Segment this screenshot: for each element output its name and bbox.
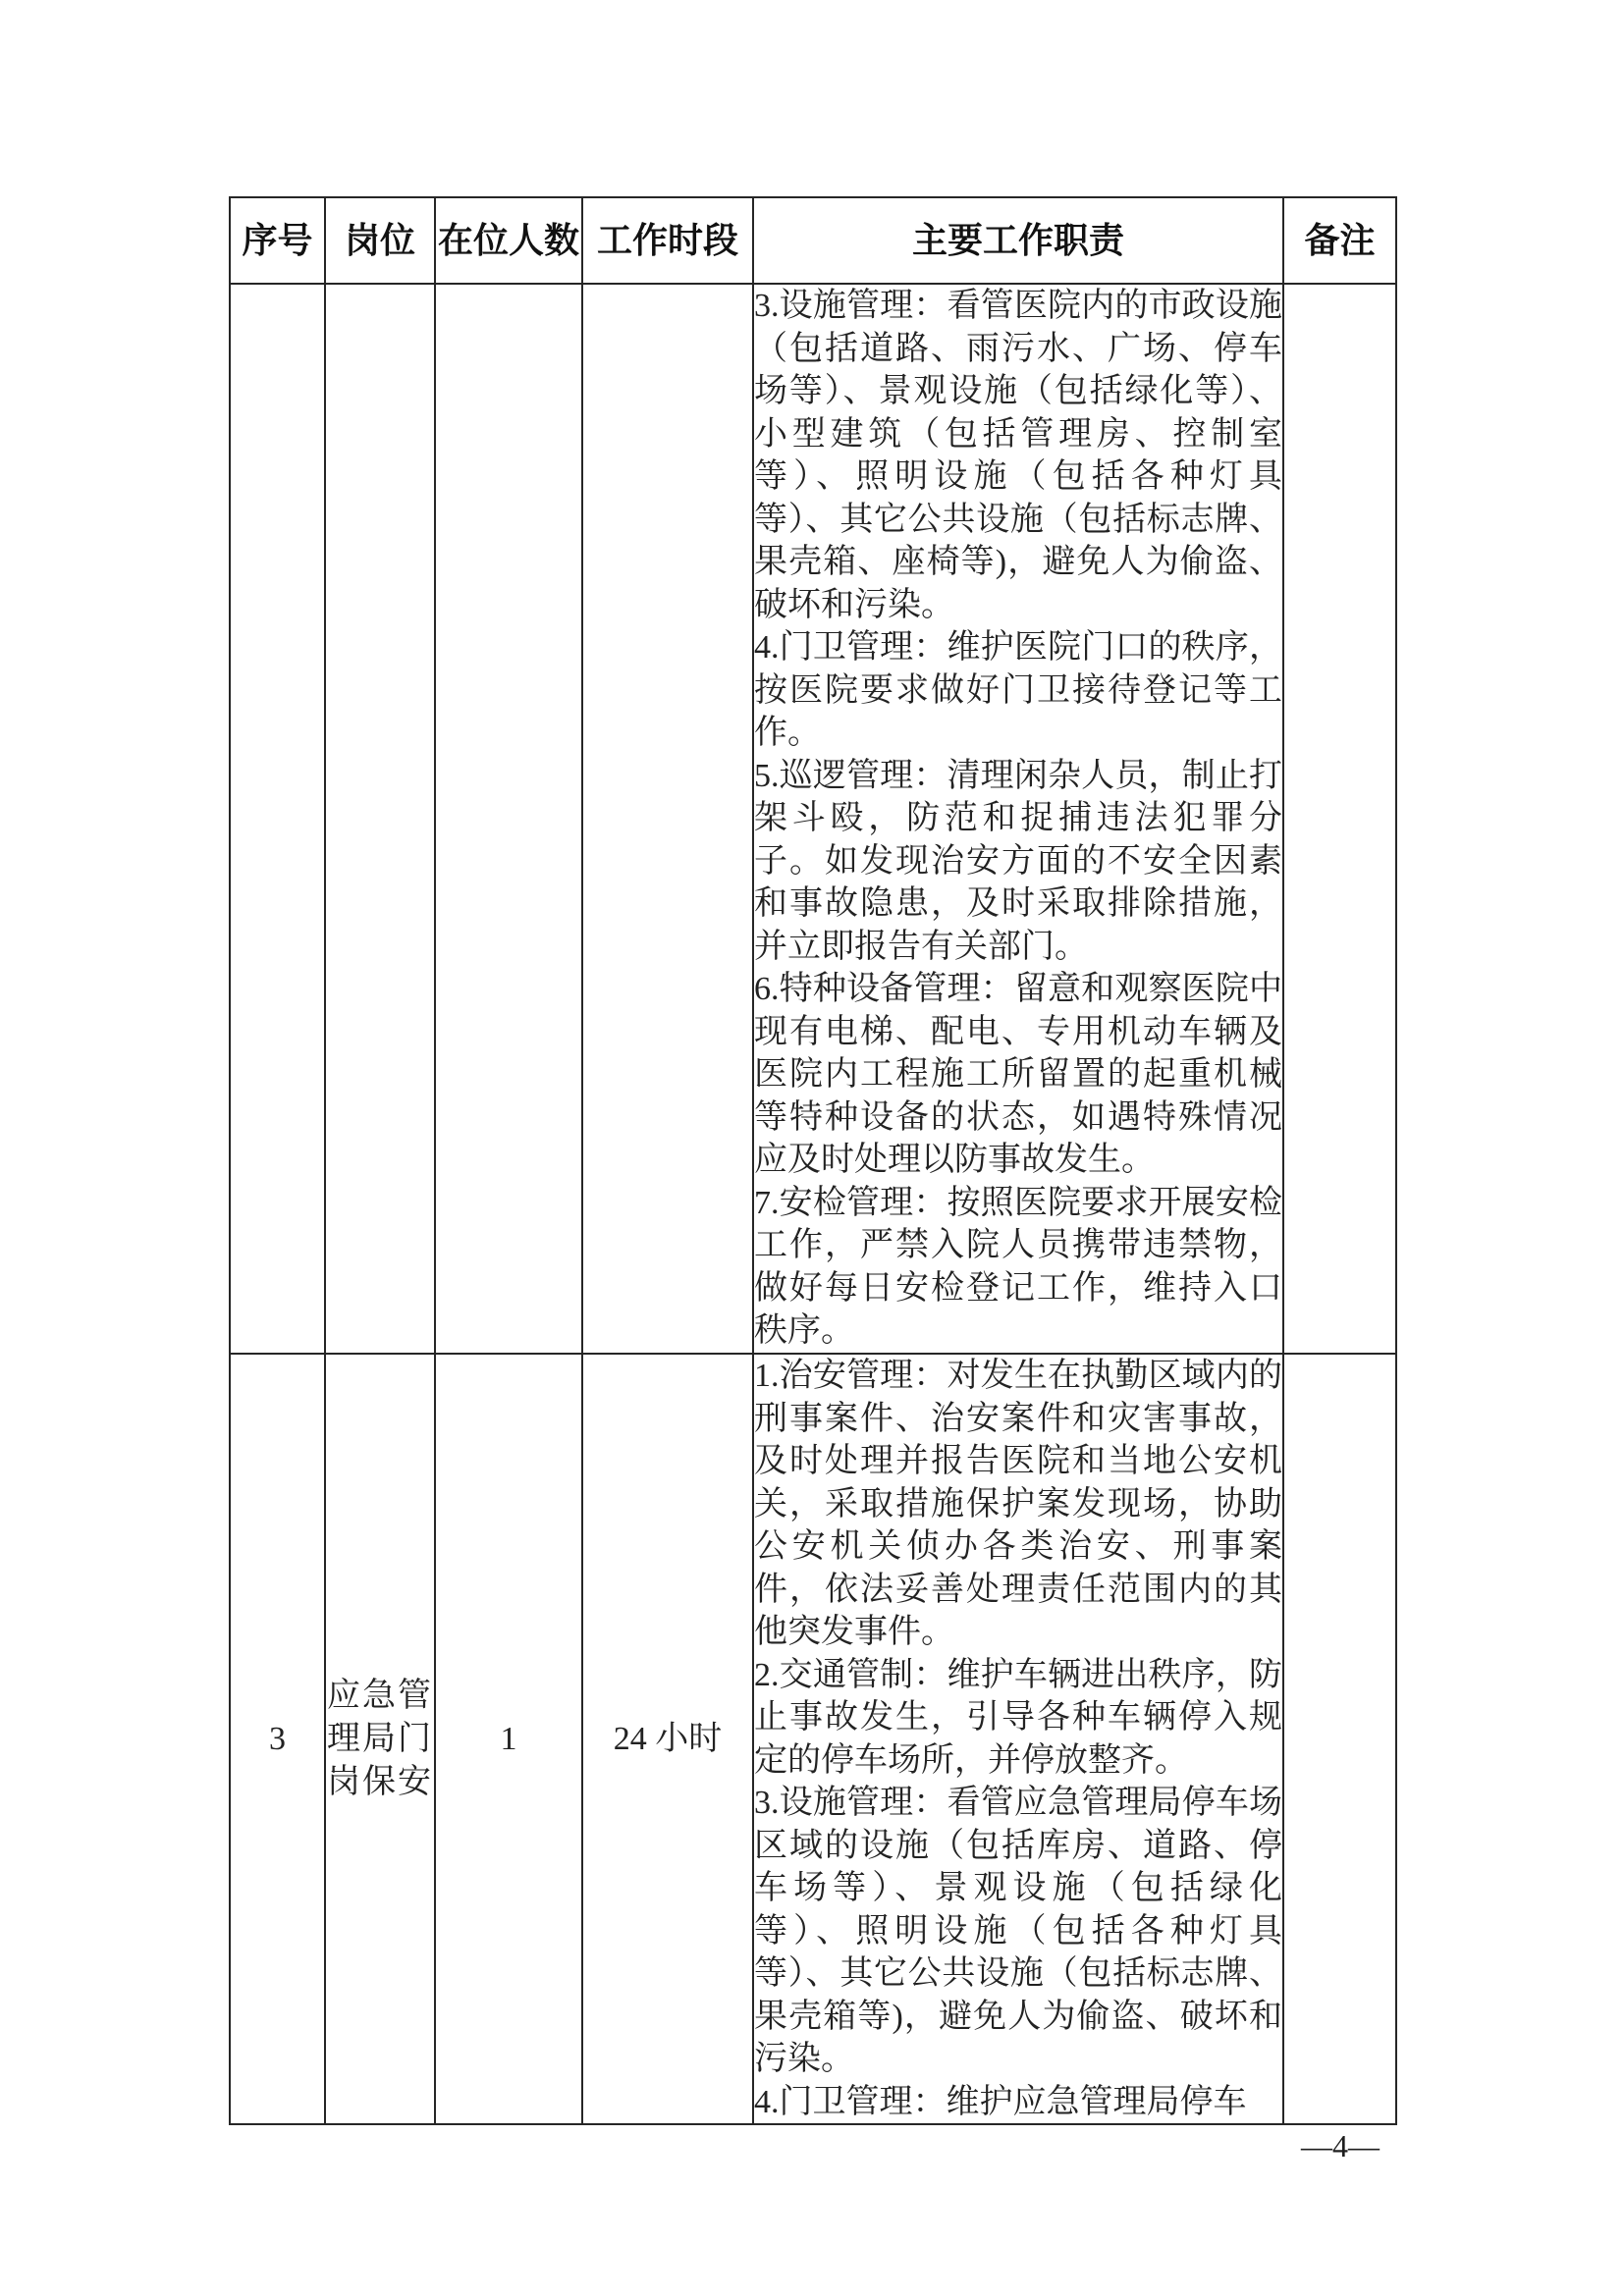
duty-paragraph: 6.特种设备管理：留意和观察医院中现有电梯、配电、专用机动车辆及医院内工程施工所… (754, 968, 1282, 1182)
hours-cell (582, 284, 753, 1354)
headcount-cell (435, 284, 582, 1354)
document-page: 序号 岗位 在位人数 工作时段 主要工作职责 备注 3.设施管理：看管医院内的市… (0, 0, 1624, 2296)
duties-cell: 3.设施管理：看管医院内的市政设施（包括道路、雨污水、广场、停车场等）、景观设施… (753, 284, 1283, 1354)
table-row: 3 应急管理局门岗保安 1 24 小时 1.治安管理：对发生在执勤区域内的刑事案… (230, 1354, 1396, 2124)
table-header-row: 序号 岗位 在位人数 工作时段 主要工作职责 备注 (230, 197, 1396, 284)
duties-cell: 1.治安管理：对发生在执勤区域内的刑事案件、治安案件和灾害事故，及时处理并报告医… (753, 1354, 1283, 2124)
remark-cell (1283, 284, 1396, 1354)
header-hours: 工作时段 (582, 197, 753, 284)
page-number: —4— (1276, 2128, 1404, 2164)
seq-cell (230, 284, 325, 1354)
header-seq: 序号 (230, 197, 325, 284)
duty-paragraph: 7.安检管理：按照医院要求开展安检工作，严禁入院人员携带违禁物，做好每日安检登记… (754, 1182, 1282, 1353)
hours-cell: 24 小时 (582, 1354, 753, 2124)
header-duties: 主要工作职责 (753, 197, 1283, 284)
duty-paragraph: 3.设施管理：看管医院内的市政设施（包括道路、雨污水、广场、停车场等）、景观设施… (754, 285, 1282, 626)
remark-cell (1283, 1354, 1396, 2124)
duty-paragraph: 2.交通管制：维护车辆进出秩序，防止事故发生，引导各种车辆停入规定的停车场所，并… (754, 1654, 1282, 1783)
header-headcount: 在位人数 (435, 197, 582, 284)
duty-paragraph: 4.门卫管理：维护医院门口的秩序，按医院要求做好门卫接待登记等工作。 (754, 626, 1282, 755)
header-position: 岗位 (325, 197, 435, 284)
duty-paragraph: 1.治安管理：对发生在执勤区域内的刑事案件、治安案件和灾害事故，及时处理并报告医… (754, 1355, 1282, 1654)
duty-paragraph: 3.设施管理：看管应急管理局停车场区域的设施（包括库房、道路、停车场等）、景观设… (754, 1782, 1282, 2081)
table-row: 3.设施管理：看管医院内的市政设施（包括道路、雨污水、广场、停车场等）、景观设施… (230, 284, 1396, 1354)
position-cell: 应急管理局门岗保安 (325, 1354, 435, 2124)
position-cell (325, 284, 435, 1354)
duty-paragraph: 4.门卫管理：维护应急管理局停车 (754, 2081, 1282, 2124)
duty-paragraph: 5.巡逻管理：清理闲杂人员，制止打架斗殴，防范和捉捕违法犯罪分子。如发现治安方面… (754, 755, 1282, 969)
headcount-cell: 1 (435, 1354, 582, 2124)
duty-table: 序号 岗位 在位人数 工作时段 主要工作职责 备注 3.设施管理：看管医院内的市… (229, 196, 1397, 2125)
header-remark: 备注 (1283, 197, 1396, 284)
seq-cell: 3 (230, 1354, 325, 2124)
